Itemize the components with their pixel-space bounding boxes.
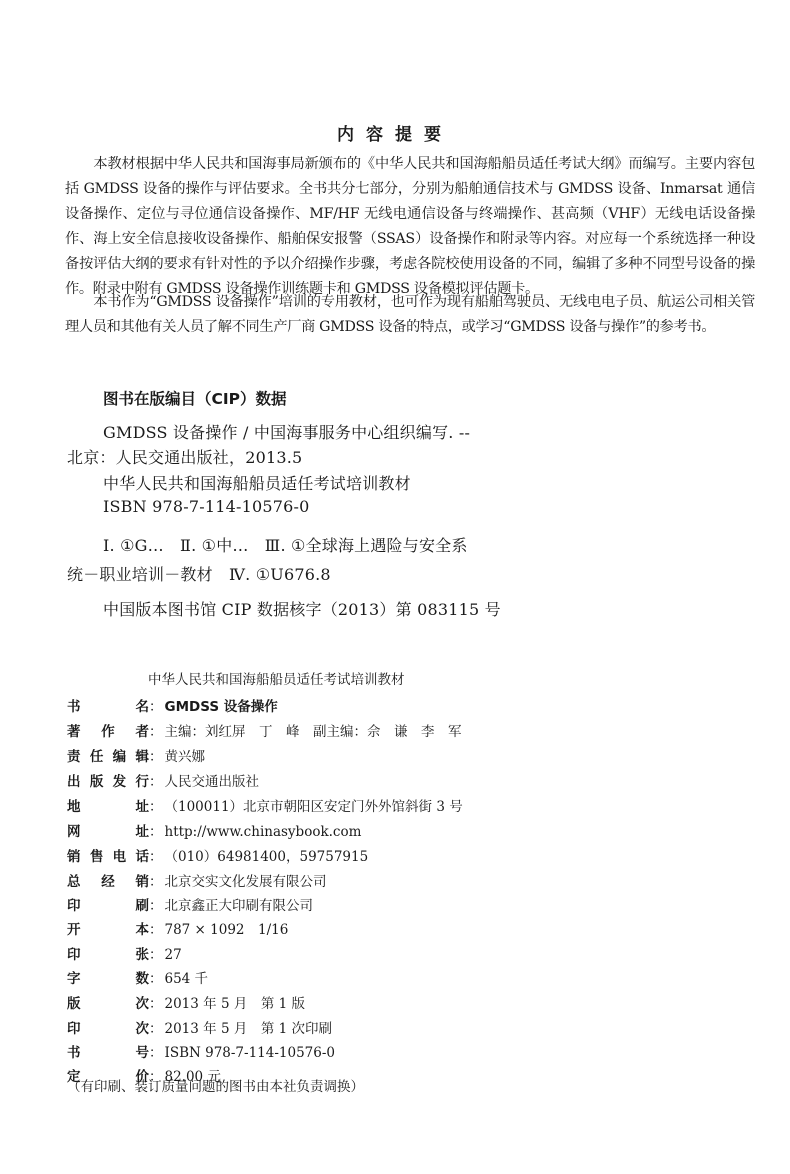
colophon-value: 北京交实文化发展有限公司 bbox=[165, 870, 327, 890]
colophon-label-char: 总 bbox=[67, 870, 81, 890]
colophon-label: 地址 bbox=[67, 795, 149, 815]
colophon-value: http://www.chinasybook.com bbox=[165, 824, 362, 840]
colophon-label: 书号 bbox=[67, 1041, 149, 1061]
colophon-label-char: 著 bbox=[67, 720, 81, 740]
colophon-row: 地址：（100011）北京市朝阳区安定门外外馆斜街 3 号 bbox=[67, 795, 463, 815]
colophon-row: 版次：2013 年 5 月 第 1 版 bbox=[67, 992, 305, 1012]
colophon-label-char: 作 bbox=[101, 720, 115, 740]
colophon-label: 责任编辑 bbox=[67, 745, 149, 765]
colophon-row: 总经销：北京交实文化发展有限公司 bbox=[67, 870, 327, 890]
colophon-row: 网址：http://www.chinasybook.com bbox=[67, 820, 361, 840]
colophon-value: 2013 年 5 月 第 1 次印刷 bbox=[165, 1017, 333, 1037]
colophon-label-char: 版 bbox=[90, 770, 104, 790]
summary-paragraph-1: 本教材根据中华人民共和国海事局新颁布的《中华人民共和国海船船员适任考试大纲》而编… bbox=[65, 152, 755, 302]
colophon-label: 网址 bbox=[67, 820, 149, 840]
cip-line-title: GMDSS 设备操作 / 中国海事服务中心组织编写. -- bbox=[103, 420, 470, 443]
colophon-value: ISBN 978-7-114-10576-0 bbox=[165, 1045, 336, 1061]
colophon-label-char: 版 bbox=[67, 992, 81, 1012]
colophon-value: 787 × 1092 1/16 bbox=[165, 918, 289, 938]
colophon-row: 开本：787 × 1092 1/16 bbox=[67, 918, 288, 938]
colophon-label-colon: ： bbox=[149, 795, 163, 815]
colophon-label: 印刷 bbox=[67, 894, 149, 914]
colophon-value: 黄兴娜 bbox=[165, 745, 206, 765]
colophon-series: 中华人民共和国海船船员适任考试培训教材 bbox=[148, 668, 405, 688]
colophon-label-char: 印 bbox=[67, 894, 81, 914]
cip-line-cip-number: 中国版本图书馆 CIP 数据核字（2013）第 083115 号 bbox=[103, 597, 501, 620]
colophon-note: （有印刷、装订质量问题的图书由本社负责调换） bbox=[67, 1075, 364, 1095]
colophon-label-char: 次 bbox=[136, 992, 150, 1012]
cip-line-series: 中华人民共和国海船船员适任考试培训教材 bbox=[103, 471, 411, 494]
colophon-row: 书名：GMDSS 设备操作 bbox=[67, 695, 278, 715]
colophon-label-char: 任 bbox=[90, 745, 104, 765]
colophon-label-colon: ： bbox=[149, 695, 163, 715]
colophon-label-colon: ： bbox=[149, 1041, 163, 1061]
colophon-label: 印次 bbox=[67, 1017, 149, 1037]
colophon-label-char: 书 bbox=[67, 695, 81, 715]
colophon-row: 销售电话：（010）64981400，59757915 bbox=[67, 845, 368, 865]
colophon-label-char: 网 bbox=[67, 820, 81, 840]
colophon-label-char: 经 bbox=[101, 870, 115, 890]
colophon-label-char: 张 bbox=[136, 943, 150, 963]
colophon-label-char: 次 bbox=[136, 1017, 150, 1037]
cip-line-classification-1: Ⅰ. ①G… Ⅱ. ①中… Ⅲ. ①全球海上遇险与安全系 bbox=[103, 533, 468, 556]
colophon-value: 2013 年 5 月 第 1 版 bbox=[165, 992, 306, 1012]
colophon-value: 人民交通出版社 bbox=[165, 770, 260, 790]
colophon-row: 责任编辑：黄兴娜 bbox=[67, 745, 205, 765]
colophon-label-char: 刷 bbox=[136, 894, 150, 914]
colophon-value: （100011）北京市朝阳区安定门外外馆斜街 3 号 bbox=[165, 795, 463, 815]
colophon-row: 字数：654 千 bbox=[67, 967, 208, 987]
colophon-label-char: 发 bbox=[113, 770, 127, 790]
colophon-label-char: 印 bbox=[67, 1017, 81, 1037]
colophon-label-colon: ： bbox=[149, 870, 163, 890]
colophon-value: 27 bbox=[165, 947, 182, 963]
colophon-label-colon: ： bbox=[149, 1017, 163, 1037]
colophon-value: 北京鑫正大印刷有限公司 bbox=[165, 894, 314, 914]
colophon-label-char: 开 bbox=[67, 918, 81, 938]
colophon-label-char: 印 bbox=[67, 943, 81, 963]
colophon-label-char: 号 bbox=[136, 1041, 150, 1061]
colophon-label-char: 字 bbox=[67, 967, 81, 987]
colophon-label-char: 售 bbox=[90, 845, 104, 865]
colophon-label-colon: ： bbox=[149, 845, 163, 865]
colophon-row: 印刷：北京鑫正大印刷有限公司 bbox=[67, 894, 313, 914]
colophon-label: 销售电话 bbox=[67, 845, 149, 865]
colophon-label-char: 本 bbox=[136, 918, 150, 938]
colophon-label-char: 行 bbox=[135, 770, 149, 790]
colophon-label: 版次 bbox=[67, 992, 149, 1012]
colophon-row: 书号：ISBN 978-7-114-10576-0 bbox=[67, 1041, 335, 1061]
colophon-label-colon: ： bbox=[149, 943, 163, 963]
colophon-label-char: 辑 bbox=[135, 745, 149, 765]
colophon-value: 主编：刘红屏 丁 峰 副主编：佘 谦 李 军 bbox=[165, 720, 462, 740]
colophon-row: 著作者：主编：刘红屏 丁 峰 副主编：佘 谦 李 军 bbox=[67, 720, 462, 740]
colophon-label: 印张 bbox=[67, 943, 149, 963]
colophon-label-char: 址 bbox=[136, 820, 150, 840]
summary-title: 内容提要 bbox=[0, 120, 790, 145]
colophon-label-colon: ： bbox=[149, 918, 163, 938]
colophon-label: 字数 bbox=[67, 967, 149, 987]
colophon-label-char: 编 bbox=[113, 745, 127, 765]
colophon-label-colon: ： bbox=[149, 894, 163, 914]
colophon-label-char: 书 bbox=[67, 1041, 81, 1061]
colophon-label-char: 名 bbox=[136, 695, 150, 715]
colophon-label-char: 址 bbox=[136, 795, 150, 815]
summary-paragraph-2: 本书作为“GMDSS 设备操作”培训的专用教材，也可作为现有船舶驾驶员、无线电电… bbox=[65, 290, 755, 340]
colophon-value: GMDSS 设备操作 bbox=[165, 695, 278, 715]
colophon-row: 出版发行：人民交通出版社 bbox=[67, 770, 259, 790]
colophon-value: 654 千 bbox=[165, 967, 209, 987]
cip-line-classification-2: 统－职业培训－教材 Ⅳ. ①U676.8 bbox=[67, 562, 331, 585]
colophon-label-char: 者 bbox=[136, 720, 150, 740]
colophon-label: 出版发行 bbox=[67, 770, 149, 790]
colophon-label-colon: ： bbox=[149, 745, 163, 765]
colophon-label: 著作者 bbox=[67, 720, 149, 740]
colophon-label-colon: ： bbox=[149, 992, 163, 1012]
cip-line-publisher: 北京：人民交通出版社，2013.5 bbox=[67, 445, 302, 468]
colophon-label-colon: ： bbox=[149, 967, 163, 987]
colophon-value: （010）64981400，59757915 bbox=[165, 845, 369, 865]
colophon-label-char: 责 bbox=[67, 745, 81, 765]
colophon-row: 印张：27 bbox=[67, 943, 182, 963]
colophon-label-char: 销 bbox=[67, 845, 81, 865]
colophon-label-char: 电 bbox=[113, 845, 127, 865]
colophon-label-colon: ： bbox=[149, 770, 163, 790]
colophon-label-char: 地 bbox=[67, 795, 81, 815]
colophon-label-char: 数 bbox=[136, 967, 150, 987]
colophon-label-colon: ： bbox=[149, 820, 163, 840]
colophon-label-colon: ： bbox=[149, 720, 163, 740]
cip-title: 图书在版编目（CIP）数据 bbox=[103, 387, 287, 409]
colophon-label: 开本 bbox=[67, 918, 149, 938]
colophon-label: 总经销 bbox=[67, 870, 149, 890]
colophon-label-char: 出 bbox=[67, 770, 81, 790]
colophon-row: 印次：2013 年 5 月 第 1 次印刷 bbox=[67, 1017, 332, 1037]
cip-line-isbn: ISBN 978-7-114-10576-0 bbox=[103, 497, 310, 516]
colophon-label-char: 销 bbox=[136, 870, 150, 890]
colophon-label: 书名 bbox=[67, 695, 149, 715]
colophon-label-char: 话 bbox=[135, 845, 149, 865]
